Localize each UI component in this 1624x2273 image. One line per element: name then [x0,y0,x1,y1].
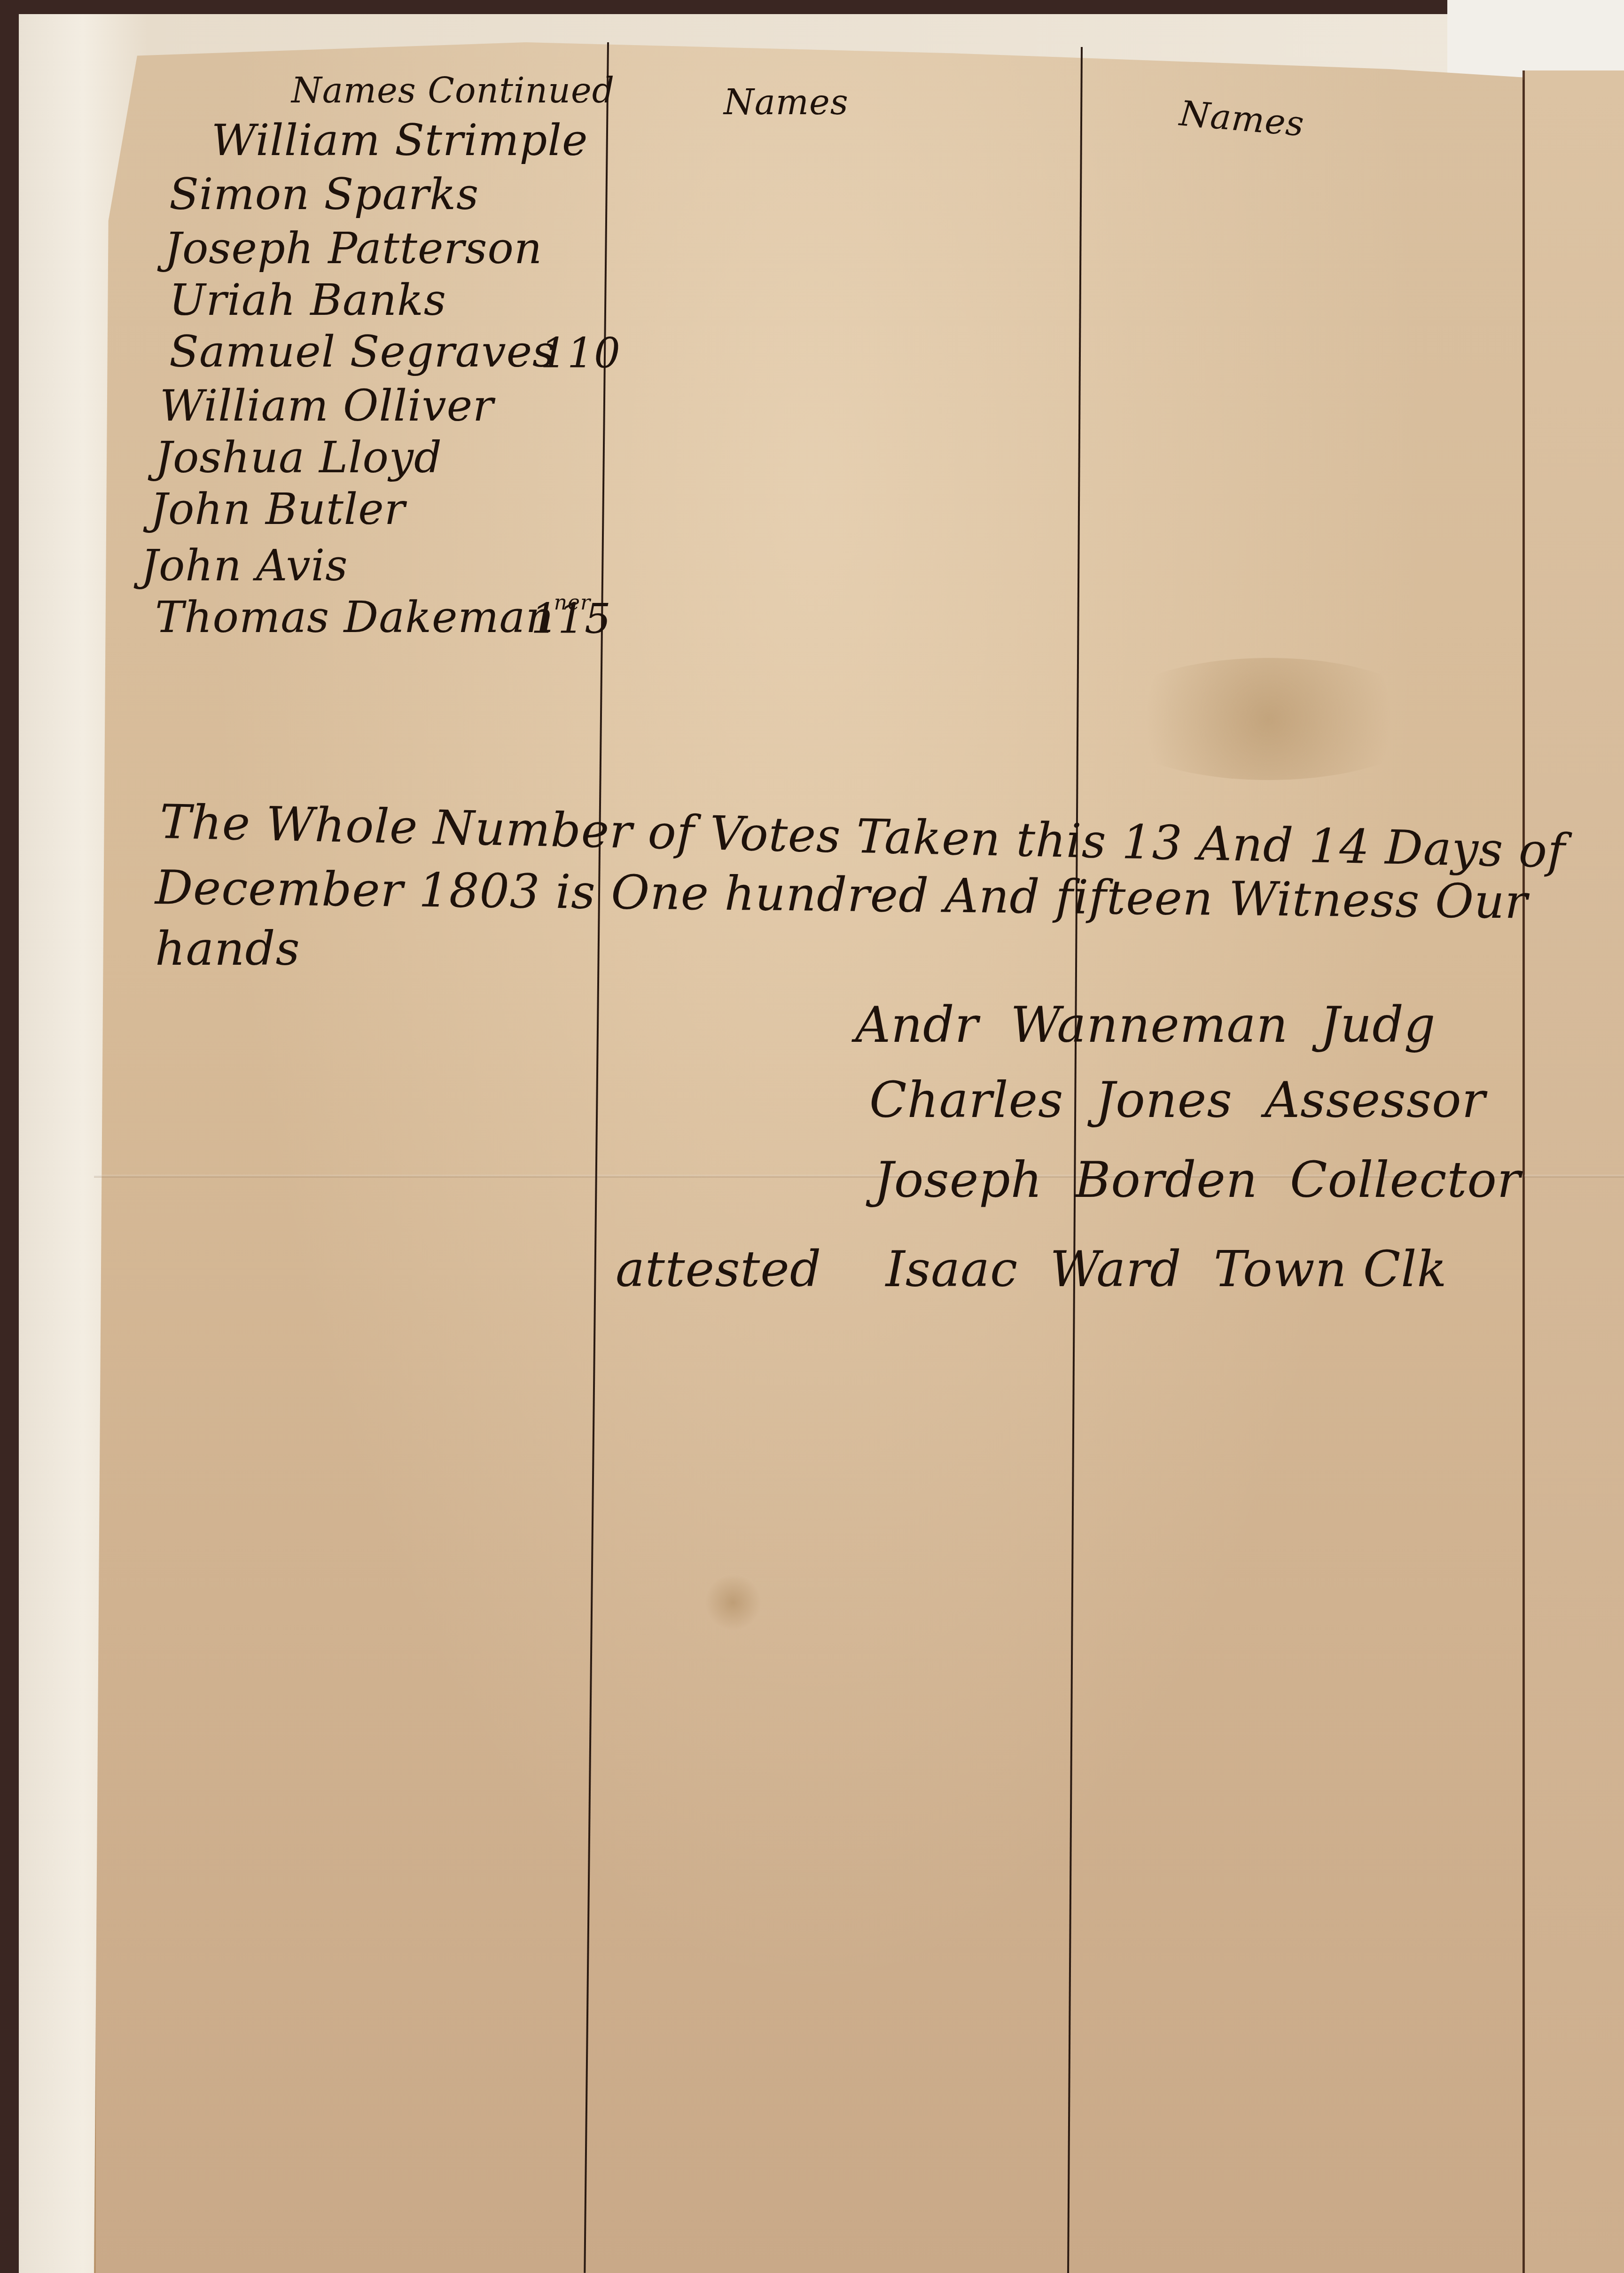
voter-name: William Olliver [160,381,494,431]
voter-name-text: Thomas Dakeman [155,592,554,642]
signature-last: Borden [1075,1151,1258,1209]
signature-town-clerk: attested Isaac Ward Town Clk [616,1241,1447,1298]
signature-title: Judg [1320,996,1436,1054]
adjoining-sheet [1522,70,1624,2273]
column-header-names-continued: Names Continued [291,70,615,111]
signature-last: Ward [1050,1241,1182,1298]
column-header-names-2: Names [724,82,849,123]
ink-spot [705,1574,761,1631]
voter-name: John Butler [150,484,406,534]
signature-collector: Joseph Borden Collector [874,1151,1521,1209]
voter-name: Uriah Banks [169,275,446,325]
voter-name: William Strimple [211,115,588,165]
attested-label: attested [616,1241,821,1298]
voter-name: Samuel Segraves [169,327,555,377]
voter-name: Joseph Patterson [164,223,542,273]
voter-name: Joshua Lloyd [155,432,442,483]
signature-title: Town Clk [1214,1241,1447,1298]
statement-line-3: hands [155,921,300,976]
voter-name: Simon Sparks [169,169,479,219]
column-rule-3 [1522,80,1524,2273]
vote-tally: 115 [531,594,611,643]
signature-title: Collector [1290,1151,1521,1209]
signature-title: Assessor [1265,1071,1485,1129]
vote-tally: 110 [540,329,621,377]
signature-last: Wanneman [1011,996,1288,1054]
signature-judge: Andr Wanneman Judg [855,996,1436,1054]
signature-first: Isaac [886,1241,1018,1298]
signature-last: Jones [1096,1071,1233,1129]
voter-name: Thomas Dakemanner [155,592,591,642]
signature-first: Charles [869,1071,1063,1129]
signature-first: Joseph [874,1151,1043,1209]
voter-name: John Avis [141,540,348,591]
signature-assessor: Charles Jones Assessor [869,1071,1485,1129]
signature-first: Andr [855,996,978,1054]
water-stain [1104,658,1433,780]
